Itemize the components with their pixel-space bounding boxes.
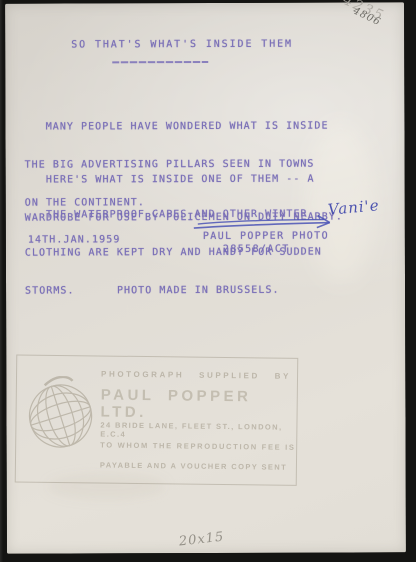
title-underline bbox=[112, 61, 208, 63]
stamp-company-name: PAUL POPPER LTD. bbox=[100, 386, 296, 422]
pencil-size-note: 20x15 bbox=[178, 530, 225, 550]
stamp-fee-line: TO WHOM THE REPRODUCTION FEE IS bbox=[100, 440, 296, 451]
stamp-address: 24 BRIDE LANE, FLEET ST., LONDON, E.C.4 bbox=[100, 420, 296, 440]
stamp-line-supplied-by: PHOTOGRAPH SUPPLIED BY bbox=[101, 369, 291, 380]
photo-back-scan: 4235 4806 SO THAT'S WHAT'S INSIDE THEM M… bbox=[0, 0, 416, 562]
agency-stamp: PHOTOGRAPH SUPPLIED BY PAUL POPPER LTD. … bbox=[15, 354, 299, 485]
caption-date: 14TH.JAN.1959 bbox=[28, 234, 121, 245]
photo-paper: 4235 4806 SO THAT'S WHAT'S INSIDE THEM M… bbox=[5, 2, 406, 553]
caption-title: SO THAT'S WHAT'S INSIDE THEM bbox=[71, 39, 293, 51]
photo-reference-number: 28558/ACT bbox=[223, 244, 290, 255]
photo-credit: PAUL POPPER PHOTO bbox=[203, 231, 329, 242]
caption-line: MANY PEOPLE HAVE WONDERED WHAT IS INSIDE bbox=[24, 120, 328, 134]
globe-icon bbox=[24, 376, 97, 453]
caption-line: STORMS. PHOTO MADE IN BRUSSELS. bbox=[25, 285, 322, 299]
stamp-voucher-line: PAYABLE AND A VOUCHER COPY SENT bbox=[100, 460, 287, 471]
